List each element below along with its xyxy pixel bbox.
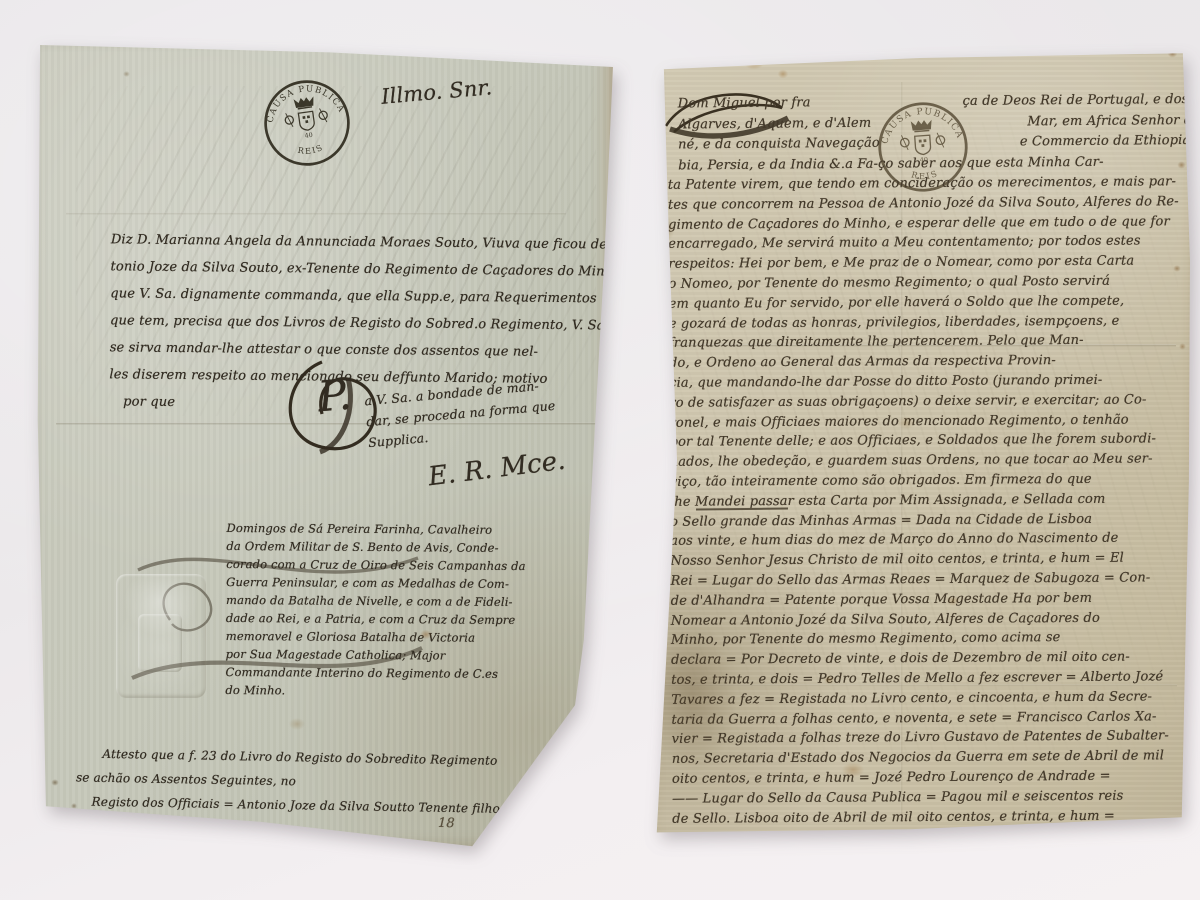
embossed-shield <box>138 614 182 672</box>
underline <box>860 830 1050 835</box>
text-line: Commandante Interino do Regimento de C.e… <box>226 663 526 683</box>
svg-text:REIS: REIS <box>296 141 326 157</box>
text-line: nados, lhe obedeção, e guardem suas Orde… <box>670 449 1181 472</box>
text-line: lhe Mandei passar esta Carta por Mim Ass… <box>670 489 1181 512</box>
text-line: do Minho. <box>225 681 525 701</box>
seal-gap <box>810 92 962 114</box>
petition-signature: E. R. Mce. <box>427 446 568 493</box>
stain <box>50 778 60 787</box>
seal-bottom-text: REIS <box>296 141 326 157</box>
left-document-wrap: CAUSA PUBLICA 40 <box>36 36 620 852</box>
patent-body: ta Patente virem, que tendo em concidera… <box>668 172 1183 829</box>
stain <box>94 824 101 831</box>
causa-publica-seal-icon: CAUSA PUBLICA 40 <box>256 72 358 174</box>
text-line: mando da Batalha de Nivelle, e com a de … <box>226 591 526 611</box>
right-document-wrap: CAUSA PUBLICA 40 <box>648 42 1196 842</box>
crown-icon <box>295 98 314 109</box>
stain <box>776 68 790 80</box>
text-line: dade ao Rei, e a Patria, e com a Cruz da… <box>226 609 526 629</box>
text-line: Domingos de Sá Pereira Farinha, Cavalhei… <box>227 519 527 539</box>
text-line: e gozará de todas as honras, privilegios… <box>669 311 1180 334</box>
text-line: memoravel e Gloriosa Batalha de Victoria <box>226 627 526 647</box>
left-document: CAUSA PUBLICA 40 <box>36 36 620 852</box>
text-line: Guerra Peninsular, e com as Medalhas de … <box>226 573 526 593</box>
text-line: corado com a Cruz de Oiro de Seis Campan… <box>226 555 526 575</box>
right-document: CAUSA PUBLICA 40 <box>648 42 1196 842</box>
text-line: da Ordem Militar de S. Bento de Avis, Co… <box>226 537 526 557</box>
stain <box>740 52 768 72</box>
line-left-part: né, e da conquista Navegação <box>678 134 880 156</box>
closing-initial: P. <box>317 384 352 408</box>
line-right-part: e Commercio da Ethiopia, Ara- <box>1020 131 1200 153</box>
stain <box>856 48 867 58</box>
patent-opening-lines: Dom Miguel por fra ça de Deos Rei de Por… <box>678 90 1200 177</box>
line-left-part: Dom Miguel por fra <box>678 93 811 115</box>
left-crease <box>66 212 566 215</box>
seal-gap <box>871 112 1027 134</box>
page-number: 18 <box>438 816 455 832</box>
coat-of-arms-icon <box>284 108 329 133</box>
line-right-part: ço saber aos que esta Minha Car- <box>878 152 1104 174</box>
photograph-of-two-manuscripts: CAUSA PUBLICA 40 <box>0 0 1200 900</box>
line-right-part: ça de Deos Rei de Portugal, e dos <box>962 90 1188 112</box>
line-left-part: Algarves, d'Aquem, e d'Alem <box>678 113 872 135</box>
salutation: Illmo. Snr. <box>380 75 493 109</box>
stain <box>122 70 131 78</box>
text-line: Registo dos Officiais = Antonio Joze da … <box>91 790 589 823</box>
seal-gap <box>880 132 1020 154</box>
attestation: Attesto que a f. 23 do Livro do Registo … <box>91 742 590 823</box>
stain <box>1166 48 1179 59</box>
stain <box>70 802 78 810</box>
certifier-statement: Domingos de Sá Pereira Farinha, Cavalhei… <box>225 519 526 701</box>
line-right-part: Mar, em Africa Senhor de Gui- <box>1027 110 1200 132</box>
text-line: de Sello. Lisboa oito de Abril de mil oi… <box>672 806 1183 829</box>
seal-value: 40 <box>304 132 313 140</box>
text-line: por Sua Magestade Catholica; Major <box>226 645 526 665</box>
text-line: Rei = Lugar do Sello das Armas Reaes = M… <box>670 568 1181 591</box>
embossed-seal <box>116 574 206 698</box>
line-left-part: bia, Persia, e da India &.a Fa- <box>678 154 878 176</box>
stain <box>286 716 308 732</box>
